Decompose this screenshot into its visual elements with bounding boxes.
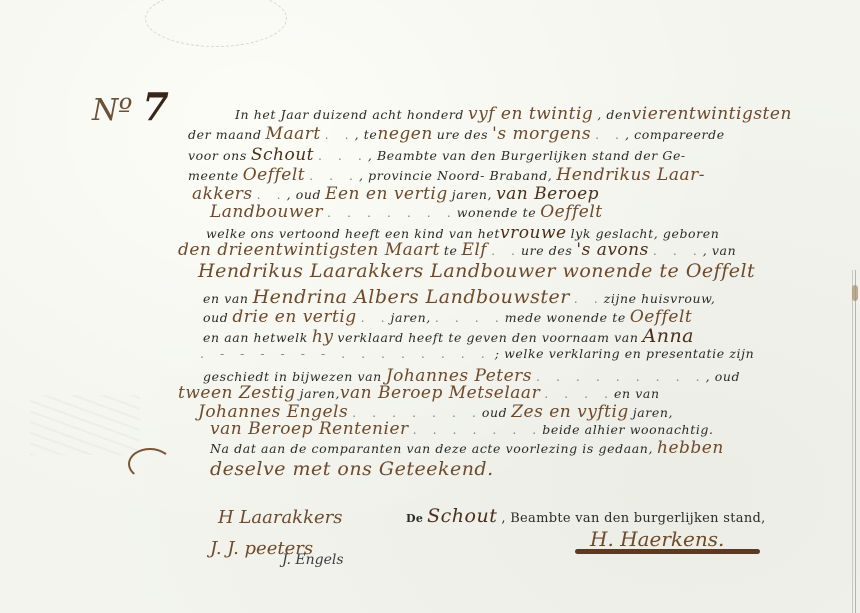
faint-stamp xyxy=(145,0,287,47)
signature-witness-2: J. Engels xyxy=(282,552,344,568)
bleed-through-text xyxy=(30,395,140,455)
record-line-15: tween Zestig jaren,van Beroep Metselaar … xyxy=(178,383,660,403)
page-edge-shadow xyxy=(855,270,856,613)
record-line-9: Hendrikus Laarakkers Landbouwer wonende … xyxy=(198,260,755,282)
handwritten-occupation: Landbouwer xyxy=(210,202,323,222)
handwritten-place: Oeffelt xyxy=(243,165,305,185)
record-line-11: oud drie en vertig . .jaren, . . . .mede… xyxy=(203,307,692,327)
record-line-17: van Beroep Rentenier . . . . . . .beide … xyxy=(210,419,714,439)
record-line-3: voor ons Schout . . ., Beambte van den B… xyxy=(188,145,686,165)
record-line-12: en aan hetwelk hy verklaard heeft te gev… xyxy=(203,325,694,347)
record-line-10: en van Hendrina Albers Landbouwster . .z… xyxy=(203,286,716,308)
page-edge xyxy=(852,270,853,613)
handwritten-day: vierentwintigsten xyxy=(632,104,792,124)
handwritten-mother-name: Hendrina Albers Landbouwster xyxy=(253,286,570,308)
handwritten-father-name: Hendrikus Laar- xyxy=(556,165,705,185)
handwritten-birth-date: den drieentwintigsten Maart xyxy=(178,240,440,260)
handwritten-month: Maart xyxy=(266,124,321,144)
civil-record-page: Nº7 In het Jaar duizend acht honderd vyf… xyxy=(0,0,860,613)
record-line-18: Na dat aan de comparanten van deze acte … xyxy=(210,438,724,458)
official-signature: H. Haerkens. xyxy=(590,527,724,551)
entry-number-prefix: Nº xyxy=(92,93,132,128)
record-line-5: akkers . ., oud Een en vertig jaren, van… xyxy=(192,184,599,204)
record-line-1: In het Jaar duizend acht honderd vyf en … xyxy=(235,104,792,124)
signature-block-title: De Schout , Beambte van den burgerlijken… xyxy=(406,505,766,527)
handwritten-child-name: Anna xyxy=(642,325,694,347)
handwritten-year: vyf en twintig xyxy=(468,104,593,124)
record-line-19: deselve met ons Geteekend. xyxy=(210,458,494,480)
signature-underline xyxy=(575,549,760,554)
entry-number-value: 7 xyxy=(142,84,168,129)
record-line-13: . - - - - - - . . . . . . . . ; welke ve… xyxy=(200,346,754,361)
record-line-8: den drieentwintigsten Maart te Elf . .ur… xyxy=(178,240,736,260)
record-line-6: Landbouwer . . . . . . .wonende te Oeffe… xyxy=(210,202,603,222)
signature-father: H Laarakkers xyxy=(218,507,342,528)
entry-number: Nº7 xyxy=(92,84,169,129)
flourish-stroke xyxy=(128,448,172,480)
record-line-4: meente Oeffelt . . ., provincie Noord- B… xyxy=(188,165,705,185)
record-line-2: der maand Maart . ., tenegen ure des 's … xyxy=(188,124,725,144)
ink-stain xyxy=(852,285,858,301)
